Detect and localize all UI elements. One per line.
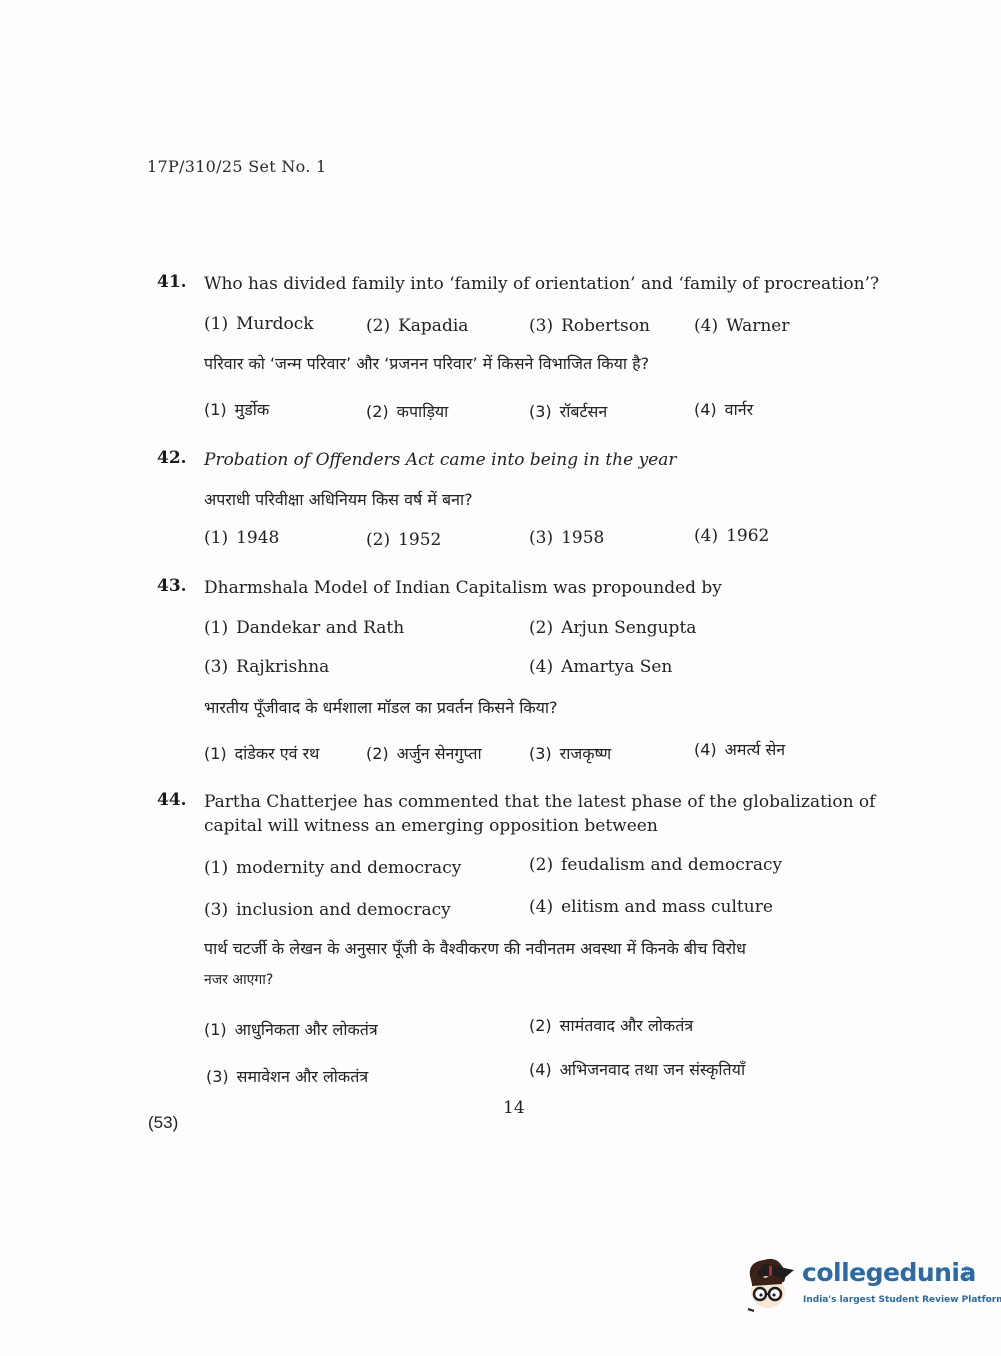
exam-page: 17P/310/25 Set No. 1 41. Who has divided… [0, 0, 1001, 1356]
q43-option-4-hi: (4)अमर्त्य सेन [694, 738, 785, 760]
q43-option-2-hi: (2)अर्जुन सेनगुप्ता [366, 742, 482, 764]
q42-option-2: (2)1952 [366, 530, 441, 550]
q41-option-4-en: (4)Warner [694, 316, 790, 336]
q42-option-1: (1)1948 [204, 528, 279, 548]
q44-option-2-hi: (2)सामंतवाद और लोकतंत्र [529, 1014, 693, 1036]
question-text-en: Dharmshala Model of Indian Capitalism wa… [204, 576, 884, 600]
mascot-icon [742, 1254, 800, 1314]
q41-option-3-en: (3)Robertson [529, 316, 650, 336]
q44-option-4-en: (4)elitism and mass culture [529, 897, 773, 917]
q42-option-3: (3)1958 [529, 528, 604, 548]
q41-option-2-hi: (2)कपाड़िया [366, 400, 448, 422]
question-number: 41. [157, 272, 187, 292]
q44-option-2-en: (2)feudalism and democracy [529, 855, 782, 875]
q43-text-hi: भारतीय पूँजीवाद के धर्मशाला मॉडल का प्रव… [204, 696, 558, 718]
q44-text-hi-line2: नजर आएगा? [204, 970, 273, 989]
question-number: 43. [157, 576, 187, 596]
q43-option-1-en: (1)Dandekar and Rath [204, 618, 404, 638]
q41-option-1-hi: (1)मुर्डोक [204, 398, 269, 420]
question-number: 42. [157, 448, 187, 468]
footer-code: (53) [148, 1113, 178, 1133]
q41-text-hi: परिवार को ‘जन्म परिवार’ और ‘प्रजनन परिवा… [204, 352, 649, 374]
q43-option-4-en: (4)Amartya Sen [529, 657, 672, 677]
page-number: 14 [503, 1098, 525, 1118]
q44-option-1-hi: (1)आधुनिकता और लोकतंत्र [204, 1018, 378, 1040]
collegedunia-watermark: collegedunia .com India's largest Studen… [742, 1250, 982, 1320]
q44-option-3-hi: (3)समावेशन और लोकतंत्र [206, 1065, 368, 1087]
q44-option-3-en: (3)inclusion and democracy [204, 900, 451, 920]
brand-tagline: India's largest Student Review Platform [803, 1295, 1001, 1305]
q41-option-2-en: (2)Kapadia [366, 316, 468, 336]
q43-option-2-en: (2)Arjun Sengupta [529, 618, 696, 638]
q41-option-3-hi: (3)रॉबर्टसन [529, 400, 607, 422]
brand-suffix: .com [963, 1264, 970, 1279]
question-number: 44. [157, 790, 187, 810]
q43-option-1-hi: (1)दांडेकर एवं रथ [204, 742, 319, 764]
q42-text-hi: अपराधी परिवीक्षा अधिनियम किस वर्ष में बन… [204, 488, 473, 510]
q41-option-4-hi: (4)वार्नर [694, 398, 753, 420]
question-text-en: Who has divided family into ‘family of o… [204, 272, 884, 296]
brand-name: collegedunia [802, 1258, 976, 1287]
q44-text-hi-line1: पार्थ चटर्जी के लेखन के अनुसार पूँजी के … [204, 937, 746, 959]
q41-option-1-en: (1)Murdock [204, 314, 314, 334]
q44-option-4-hi: (4)अभिजनवाद तथा जन संस्कृतियाँ [529, 1058, 745, 1080]
q44-option-1-en: (1)modernity and democracy [204, 858, 461, 878]
question-text-en: Probation of Offenders Act came into bei… [204, 448, 884, 472]
q43-option-3-en: (3)Rajkrishna [204, 657, 329, 677]
question-text-en: Partha Chatterjee has commented that the… [204, 790, 884, 838]
paper-code: 17P/310/25 Set No. 1 [147, 157, 327, 176]
q42-option-4: (4)1962 [694, 526, 769, 546]
q43-option-3-hi: (3)राजकृष्ण [529, 742, 611, 764]
